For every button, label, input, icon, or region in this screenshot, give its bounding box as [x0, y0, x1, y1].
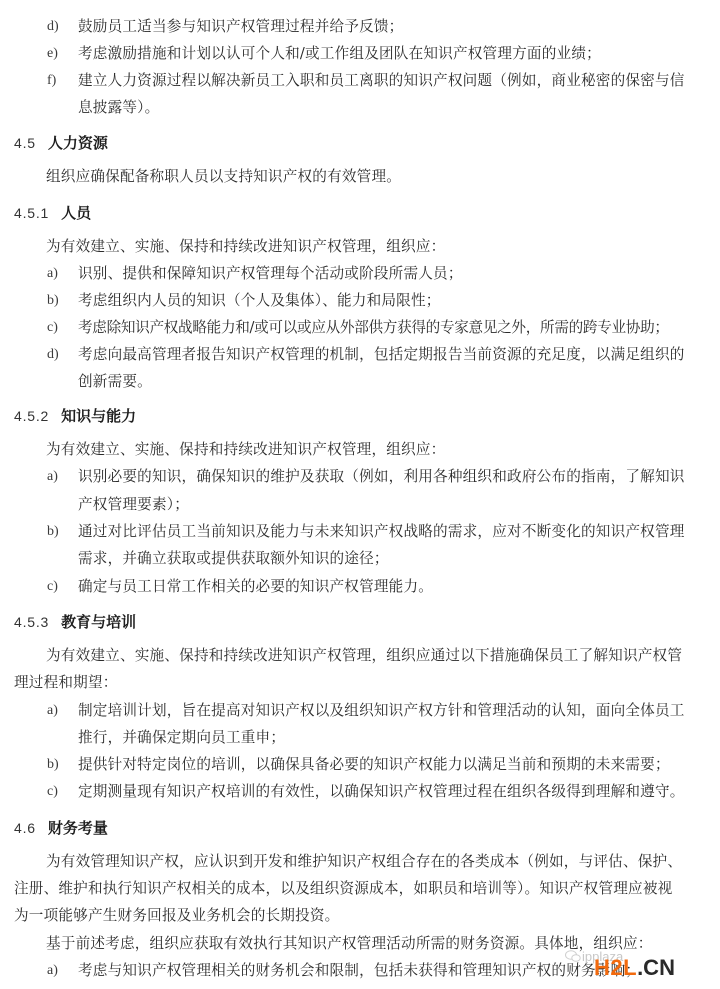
list-label: b) — [47, 291, 59, 311]
list-text: 定期测量现有知识产权培训的有效性，以确保知识产权管理过程在组织各级得到理解和遵守… — [78, 782, 685, 802]
list-text: 考虑除知识产权战略能力和/或可以或应从外部供方获得的专家意见之外，所需的跨专业协… — [78, 318, 669, 338]
list-text-continuation: 创新需要。 — [78, 372, 152, 392]
list-text: 考虑激励措施和计划以认可个人和/或工作组及团队在知识产权管理方面的业绩； — [78, 44, 601, 64]
list-text-continuation: 推行，并确保定期向员工重申； — [78, 728, 285, 748]
section-heading-4-5-1: 4.5.1人员 — [14, 202, 91, 224]
list-label: d) — [47, 345, 59, 365]
section-number: 4.5 — [14, 135, 36, 151]
list-text: 鼓励员工适当参与知识产权管理过程并给予反馈； — [78, 17, 403, 37]
section-number: 4.5.1 — [14, 205, 49, 221]
list-label: e) — [47, 44, 58, 64]
list-text: 识别、提供和保障知识产权管理每个活动或阶段所需人员； — [78, 264, 463, 284]
list-text: 确定与员工日常工作相关的必要的知识产权管理能力。 — [78, 577, 433, 597]
list-label: c) — [47, 318, 58, 338]
list-text: 通过对比评估员工当前知识及能力与未来知识产权战略的需求，应对不断变化的知识产权管… — [78, 522, 685, 542]
watermark-suffix: .CN — [637, 955, 675, 980]
list-label: c) — [47, 577, 58, 597]
section-intro: 为有效建立、实施、保持和持续改进知识产权管理，组织应通过以下措施确保员工了解知识… — [46, 646, 682, 666]
list-label: a) — [47, 701, 58, 721]
list-text: 考虑组织内人员的知识（个人及集体）、能力和局限性； — [78, 291, 441, 311]
section-intro-continuation: 理过程和期望： — [14, 673, 118, 693]
wechat-icon — [565, 950, 581, 962]
section-body: 为有效管理知识产权，应认识到开发和维护知识产权组合存在的各类成本（例如，与评估、… — [46, 852, 682, 872]
list-text-continuation: 息披露等）。 — [78, 98, 159, 118]
section-heading-4-5-3: 4.5.3教育与培训 — [14, 611, 136, 633]
section-heading-4-5: 4.5人力资源 — [14, 132, 108, 154]
list-label: b) — [47, 755, 59, 775]
section-number: 4.5.3 — [14, 614, 49, 630]
watermark-logo: H2L.CN — [594, 956, 675, 980]
list-text: 考虑与知识产权管理相关的财务机会和限制，包括未获得和管理知识产权的财务影响； — [78, 961, 640, 981]
list-label: b) — [47, 522, 59, 542]
list-label: c) — [47, 782, 58, 802]
list-text: 识别必要的知识，确保知识的维护及获取（例如，利用各种组织和政府公布的指南，了解知… — [78, 467, 685, 487]
section-body: 组织应确保配备称职人员以支持知识产权的有效管理。 — [46, 167, 401, 187]
watermark-brand: H2L — [594, 955, 637, 980]
list-text: 提供针对特定岗位的培训，以确保具备必要的知识产权能力以满足当前和预期的未来需要； — [78, 755, 670, 775]
section-intro: 为有效建立、实施、保持和持续改进知识产权管理，组织应： — [46, 440, 445, 460]
section-title: 人员 — [61, 204, 91, 222]
section-title: 教育与培训 — [61, 613, 136, 631]
list-text: 考虑向最高管理者报告知识产权管理的机制，包括定期报告当前资源的充足度，以满足组织… — [78, 345, 685, 365]
section-number: 4.6 — [14, 820, 36, 836]
list-text: 建立人力资源过程以解决新员工入职和员工离职的知识产权问题（例如，商业秘密的保密与… — [78, 71, 685, 91]
section-body-continuation: 注册、维护和执行知识产权相关的成本，以及组织资源成本，如职员和培训等）。知识产权… — [14, 879, 672, 899]
section-intro: 为有效建立、实施、保持和持续改进知识产权管理，组织应： — [46, 237, 445, 257]
list-label: d) — [47, 17, 59, 37]
section-body-2: 基于前述考虑，组织应获取有效执行其知识产权管理活动所需的财务资源。具体地，组织应… — [46, 934, 653, 954]
list-label: a) — [47, 264, 58, 284]
section-title: 知识与能力 — [61, 407, 136, 425]
list-text-continuation: 需求，并确立获取或提供获取额外知识的途径； — [78, 549, 389, 569]
list-label: a) — [47, 467, 58, 487]
section-title: 人力资源 — [48, 134, 108, 152]
section-heading-4-5-2: 4.5.2知识与能力 — [14, 405, 136, 427]
list-label: f) — [47, 71, 56, 91]
section-heading-4-6: 4.6财务考量 — [14, 817, 108, 839]
section-title: 财务考量 — [48, 819, 108, 837]
section-number: 4.5.2 — [14, 408, 49, 424]
list-label: a) — [47, 961, 58, 981]
list-text-continuation: 产权管理要素）； — [78, 495, 189, 515]
section-body-continuation: 为一项能够产生财务回报及业务机会的长期投资。 — [14, 906, 339, 926]
list-text: 制定培训计划，旨在提高对知识产权以及组织知识产权方针和管理活动的认知，面向全体员… — [78, 701, 685, 721]
